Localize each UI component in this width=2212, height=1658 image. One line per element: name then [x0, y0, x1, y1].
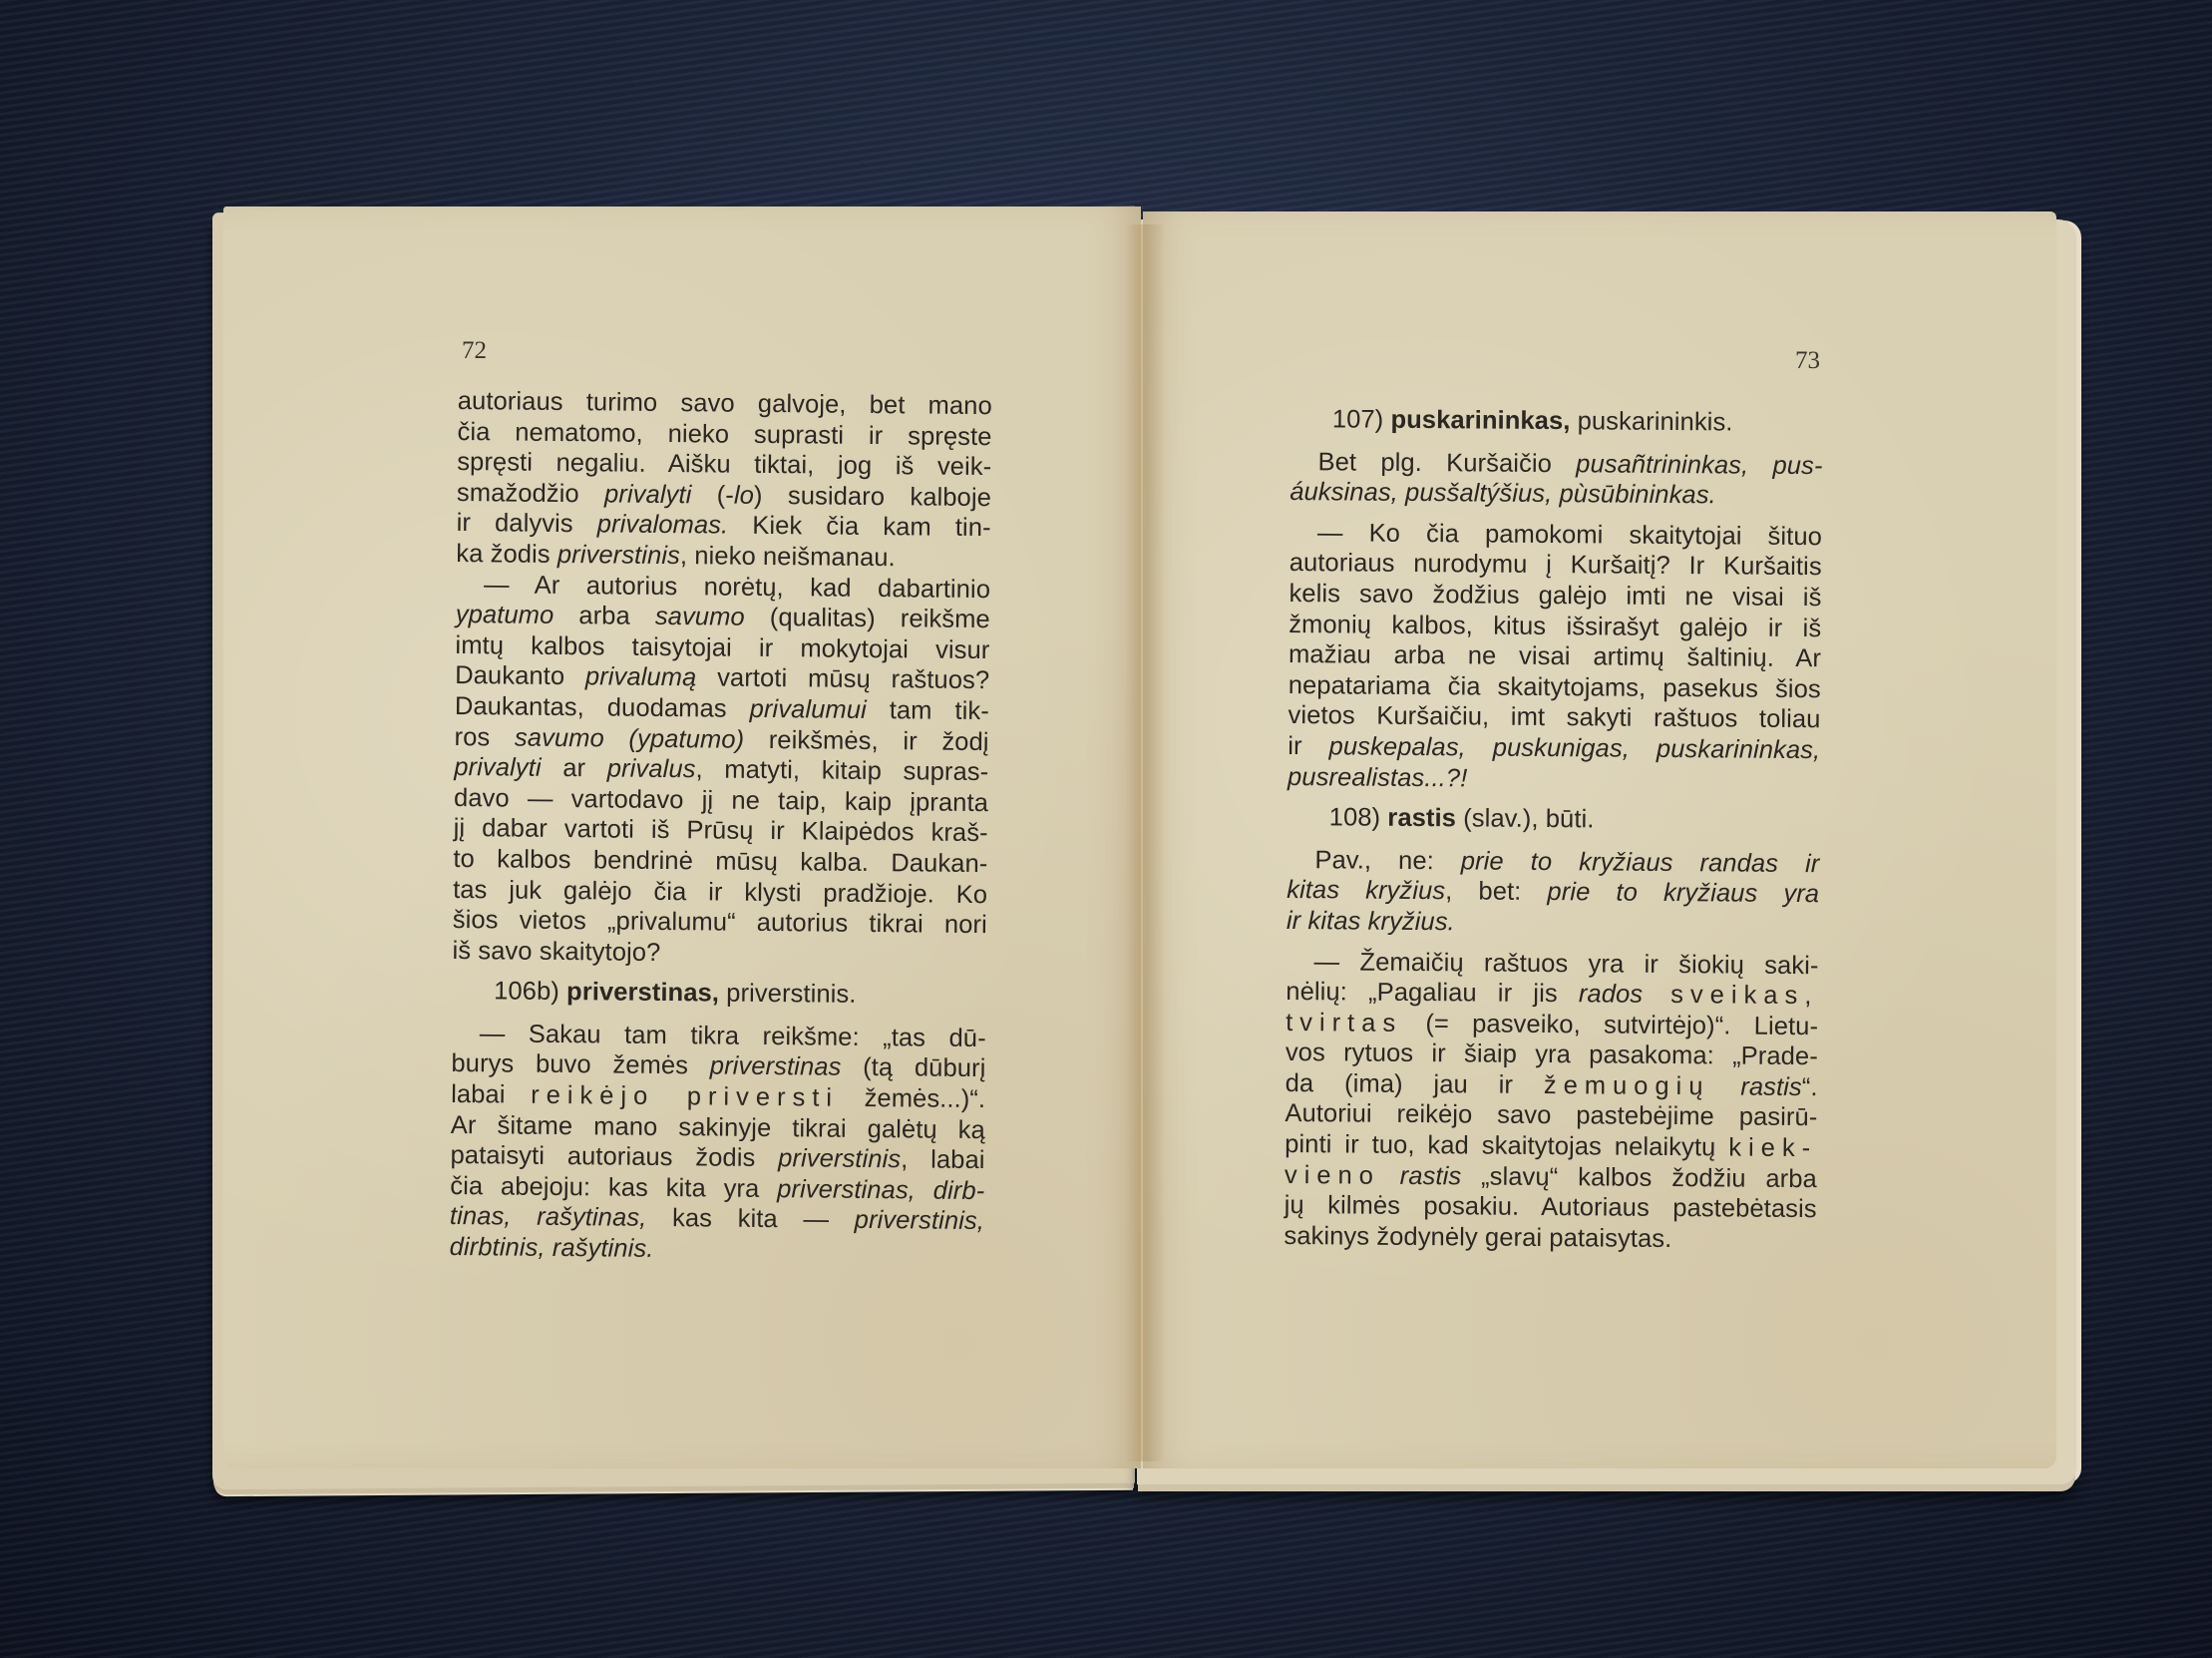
italic-term: ypatumo — [456, 601, 554, 629]
text-run: pinti ir tuo, kad skaitytojas nelaikytų — [1285, 1130, 1728, 1161]
text-run: (- — [691, 481, 734, 509]
italic-term: tinas, rašytinas, — [450, 1202, 647, 1232]
text-line: privalyti ar privalus, matyti, kitaip su… — [454, 752, 988, 788]
spaced-emphasis: reikėjo priversti — [531, 1081, 839, 1112]
text-line: nepatariama čia skaitytojams, pasekus ši… — [1289, 670, 1821, 705]
paragraph: Pav., ne: prie to kryžiaus randas ir kit… — [1287, 845, 1820, 941]
text-line: da (ima) jau ir žemuogių rastis“. — [1286, 1068, 1818, 1103]
italic-term: privalyti — [454, 753, 542, 782]
italic-term: pusañtrininkas, pus- — [1576, 450, 1823, 480]
text-line: áuksinas, pusšaltýšius, pùsūbininkas. — [1290, 477, 1822, 512]
text-run: čia abejoju: kas kita yra — [450, 1172, 777, 1203]
text-line: — Žemaičių raštuos yra ir šiokių saki- — [1286, 946, 1818, 981]
text-line: davo — vartodavo jį ne taip, kaip įprant… — [454, 783, 988, 819]
text-line: kitas kryžius, bet: prie to kryžiaus yra — [1287, 875, 1819, 910]
text-run: „slavų“ kalbos žodžiu arba — [1461, 1162, 1817, 1193]
text-line: pataisyti autoriaus žodis priverstinis, … — [450, 1140, 984, 1176]
text-run: ir dalyvis — [457, 509, 597, 538]
text-line: vieno rastis „slavų“ kalbos žodžiu arba — [1285, 1160, 1817, 1195]
text-line: šios vietos „privalumu“ autorius tikrai … — [453, 905, 987, 941]
paragraph: — Ko čia pamokomi skaitytojai šituo auto… — [1288, 518, 1822, 797]
text-run: ar — [542, 754, 607, 783]
text-run: pataisyti autoriaus žodis — [450, 1141, 778, 1172]
spaced-emphasis: vieno — [1285, 1161, 1380, 1190]
text-line: žmonių kalbos, kitus išsirašyt galėjo ir… — [1289, 610, 1821, 644]
text-line: ypatumo arba savumo (qualitas) reikšme — [456, 600, 990, 635]
text-run: , matyti, kitaip supras- — [695, 755, 988, 786]
text-line: čia abejoju: kas kita yra priverstinas, … — [450, 1171, 984, 1207]
entry-number: 108) — [1329, 803, 1381, 831]
entry-headword: rastis — [1387, 804, 1456, 833]
text-line: ir kitas kryžius. — [1287, 906, 1819, 941]
text-line: jų kilmės posakiu. Autoriaus pastebėtasi… — [1285, 1190, 1817, 1225]
spaced-emphasis: sveikas, — [1643, 981, 1818, 1010]
text-run: , labai — [901, 1146, 985, 1175]
text-run: tam tik- — [867, 696, 989, 725]
text-line: mažiau arba ne visai artimų šaltinių. Ar — [1289, 639, 1821, 674]
text-line: Autoriui reikėjo savo pastebėjime pasirū… — [1285, 1098, 1817, 1133]
italic-term: rastis — [1380, 1161, 1462, 1190]
text-run: ros — [454, 723, 515, 752]
text-run: arba — [553, 602, 655, 630]
open-book: 72 73 autoriaus turimo savo galvoje, bet… — [0, 0, 2212, 1658]
text-run: Bet plg. Kuršaičio — [1317, 448, 1576, 478]
text-run: “. — [1802, 1073, 1818, 1101]
text-run: Daukantas, duodamas — [455, 692, 750, 723]
text-line: spręsti negaliu. Aišku tiktai, jog iš ve… — [457, 447, 991, 483]
italic-term: priverstinis — [557, 541, 680, 570]
paragraph: Bet plg. Kuršaičio pusañtrininkas, pus- … — [1290, 447, 1822, 512]
text-line: Pav., ne: prie to kryžiaus randas ir — [1287, 845, 1819, 880]
paragraph: — Žemaičių raštuos yra ir šiokių saki- n… — [1284, 946, 1818, 1255]
text-line: Daukanto privalumą vartoti mūsų raštuos? — [455, 660, 989, 696]
entry-heading-108: 108) rastis (slav.), būti. — [1288, 802, 1820, 837]
left-page-text: autoriaus turimo savo galvoje, bet mano … — [450, 386, 992, 1268]
italic-term: privalyti — [604, 480, 692, 509]
text-line: ir puskepalas, puskunigas, puskarininkas… — [1288, 731, 1820, 766]
text-run: , bet: — [1445, 878, 1547, 907]
text-line: ir dalyvis privalomas. Kiek čia kam tin- — [457, 508, 991, 544]
italic-term: rados — [1579, 980, 1644, 1009]
text-line: nėlių: „Pagaliau ir jis rados sveikas, — [1286, 977, 1818, 1012]
spaced-emphasis: kiek- — [1728, 1134, 1817, 1163]
text-run: Daukanto — [455, 661, 585, 690]
italic-term: priverstinis, — [855, 1206, 985, 1235]
text-line: kelis savo žodžius galėjo imti ne visai … — [1289, 579, 1821, 614]
paragraph: — Ar autorius norėtų, kad dabartinio ypa… — [452, 570, 990, 972]
text-line: to kalbos bendrinė mūsų kalba. Daukan- — [453, 844, 987, 880]
entry-headword: puskarininkas, — [1390, 406, 1570, 435]
paragraph: autoriaus turimo savo galvoje, bet mano … — [456, 386, 992, 575]
text-run: (tą dūburį — [841, 1053, 985, 1082]
page-number-left: 72 — [462, 337, 487, 365]
text-run: , nieko neišmanau. — [680, 542, 896, 572]
text-run: ir — [1288, 732, 1329, 760]
page-number-right: 73 — [1795, 347, 1820, 375]
text-run: da (ima) jau ir — [1286, 1069, 1544, 1099]
text-line: smažodžio privalyti (-lo) susidaro kalbo… — [457, 478, 991, 514]
italic-term: lo — [734, 481, 754, 509]
entry-heading-107: 107) puskarininkas, puskarininkis. — [1290, 404, 1823, 439]
text-line: labai reikėjo priversti žemės...)“. — [451, 1079, 985, 1115]
text-run: (qualitas) reikšme — [745, 604, 990, 633]
book-gutter — [1125, 224, 1165, 1461]
text-line: autoriaus turimo savo galvoje, bet mano — [458, 386, 992, 422]
italic-term: áuksinas, pusšaltýšius, pùsūbininkas. — [1290, 478, 1716, 509]
entry-headword: priverstinas, — [566, 978, 719, 1007]
right-page-text: 107) puskarininkas, puskarininkis. Bet p… — [1284, 404, 1823, 1256]
text-line: pinti ir tuo, kad skaitytojas nelaikytų … — [1285, 1129, 1817, 1164]
spaced-emphasis: žemuogių — [1544, 1071, 1710, 1100]
entry-heading-106b: 106b) priverstinas, priverstinis. — [452, 976, 986, 1012]
text-run: burys buvo žemės — [451, 1049, 710, 1079]
text-run: kas kita — — [646, 1204, 855, 1234]
entry-number: 106b) — [494, 978, 559, 1007]
italic-term: priverstinis — [778, 1144, 901, 1173]
text-line: jį dabar vartoti iš Prūsų ir Klaipėdos k… — [454, 813, 988, 849]
text-run: Kiek čia kam tin- — [728, 512, 991, 543]
paragraph: — Sakau tam tikra reikšme: „tas dū- bury… — [450, 1019, 986, 1268]
italic-term: savumo — [655, 603, 745, 631]
entry-correction: priverstinis. — [726, 980, 857, 1009]
text-line: tvirtas (= pasveiko, sutvirtėjo)“. Lietu… — [1286, 1008, 1818, 1042]
text-line: Ar šitame mano sakinyje tikrai galėtų ką — [451, 1110, 985, 1146]
entry-number: 107) — [1332, 405, 1384, 433]
text-run: smažodžio — [457, 479, 604, 508]
text-line: Daukantas, duodamas privalumui tam tik- — [455, 691, 989, 727]
text-line: autoriaus nurodymu į Kuršaitį? Ir Kuršai… — [1290, 548, 1822, 583]
entry-correction: puskarininkis. — [1578, 407, 1733, 436]
italic-term: ir kitas kryžius. — [1287, 907, 1455, 936]
italic-term: privalumui — [750, 695, 867, 724]
text-run: nėlių: „Pagaliau ir jis — [1286, 978, 1579, 1008]
spaced-emphasis: tvirtas — [1286, 1009, 1402, 1037]
text-line: — Ko čia pamokomi skaitytojai šituo — [1290, 518, 1822, 553]
text-run: reikšmės, ir žodį — [744, 725, 989, 755]
text-run: Pav., ne: — [1314, 846, 1461, 875]
entry-correction: būti. — [1546, 805, 1595, 833]
text-line: Bet plg. Kuršaičio pusañtrininkas, pus- — [1290, 447, 1822, 482]
italic-term: prie to kryžiaus yra — [1547, 878, 1819, 908]
text-run: žemės...)“. — [839, 1084, 985, 1113]
italic-term: pusrealistas...?! — [1288, 763, 1468, 792]
text-line: sakinys žodynėly gerai pataisytas. — [1284, 1221, 1816, 1256]
italic-term: privalumą — [585, 663, 697, 692]
italic-term: savumo (ypatumo) — [515, 723, 744, 753]
text-run: labai — [451, 1080, 531, 1109]
italic-term: dirbtinis, rašytinis. — [450, 1233, 654, 1263]
italic-term: priverstinas, dirb- — [777, 1175, 984, 1205]
italic-term: priverstinas — [710, 1052, 842, 1081]
italic-term: prie to kryžiaus randas ir — [1461, 847, 1820, 878]
text-line: vietos Kuršaičiu, imt sakyti raštuos tol… — [1288, 700, 1820, 735]
text-run: ) susidaro kalboje — [754, 482, 991, 512]
text-line: dirbtinis, rašytinis. — [450, 1232, 984, 1268]
text-run: (= pasveiko, sutvirtėjo)“. Lietu- — [1402, 1010, 1818, 1040]
text-line: iš savo skaitytojo? — [452, 936, 986, 972]
text-line: ka žodis priverstinis, nieko neišmanau. — [456, 539, 990, 575]
text-run: vartoti mūsų raštuos? — [696, 664, 989, 695]
text-line: vos rytuos ir šiaip yra pasakoma: „Prade… — [1286, 1037, 1818, 1072]
text-line: pusrealistas...?! — [1288, 762, 1820, 797]
italic-term: kitas kryžius — [1287, 876, 1445, 905]
entry-note: (slav.), — [1463, 804, 1539, 833]
italic-term: privalomas. — [597, 511, 729, 540]
italic-term: rastis — [1709, 1072, 1802, 1101]
text-run: ka žodis — [456, 540, 557, 569]
italic-term: privalus — [607, 755, 696, 784]
italic-term: puskepalas, puskunigas, puskarininkas, — [1329, 732, 1821, 764]
